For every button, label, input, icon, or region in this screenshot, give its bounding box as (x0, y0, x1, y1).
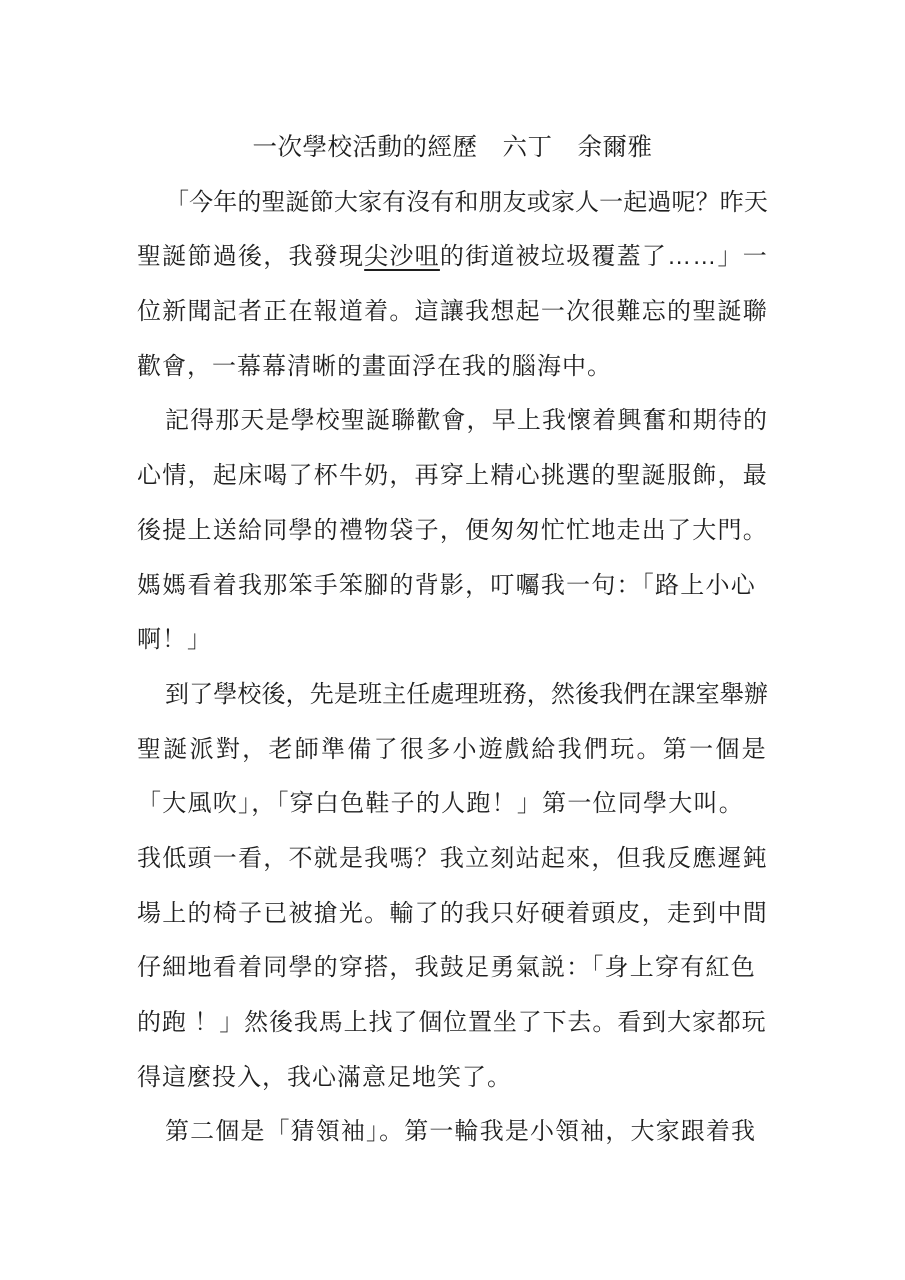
essay-line: 第二個是「猜領袖」。第一輪我是小領袖，大家跟着我 (137, 1105, 768, 1160)
underlined-place-name: 尖沙咀 (364, 243, 440, 270)
essay-line: 記得那天是學校聖誕聯歡會，早上我懷着興奮和期待的 (137, 394, 768, 449)
essay-text-run: 聖誕節過後，我發現 (137, 243, 364, 270)
essay-text-run: 我低頭一看，不就是我嗎？我立刻站起來，但我反應遲鈍 (137, 845, 768, 872)
essay-line: 媽媽看着我那笨手笨腳的背影，叮囑我一句：「路上小心 (137, 559, 768, 614)
essay-text-run: 到了學校後，先是班主任處理班務，然後我們在課室舉辦 (165, 681, 768, 708)
essay-text-run: 位新聞記者正在報道着。這讓我想起一次很難忘的聖誕聯 (137, 298, 768, 325)
essay-line: 位新聞記者正在報道着。這讓我想起一次很難忘的聖誕聯 (137, 285, 768, 340)
essay-body: 「今年的聖誕節大家有沒有和朋友或家人一起過呢？昨天聖誕節過後，我發現尖沙咀的街道… (137, 176, 768, 1160)
essay-text-run: 媽媽看着我那笨手笨腳的背影，叮囑我一句：「路上小心 (137, 572, 756, 599)
essay-text-run: 歡會，一幕幕清晰的畫面浮在我的腦海中。 (137, 353, 612, 380)
essay-text-run: 聖誕派對，老師準備了很多小遊戲給我們玩。第一個是 (137, 736, 768, 763)
essay-line: 我低頭一看，不就是我嗎？我立刻站起來，但我反應遲鈍 (137, 832, 768, 887)
essay-line: 「今年的聖誕節大家有沒有和朋友或家人一起過呢？昨天 (137, 176, 768, 231)
essay-line: 到了學校後，先是班主任處理班務，然後我們在課室舉辦 (137, 668, 768, 723)
essay-text-run: 心情，起床喝了杯牛奶，再穿上精心挑選的聖誕服飾，最 (137, 462, 768, 489)
essay-text-run: 第二個是「猜領袖」。第一輪我是小領袖，大家跟着我 (165, 1118, 756, 1145)
essay-line: 的跑 ！」然後我馬上找了個位置坐了下去。看到大家都玩 (137, 996, 768, 1051)
essay-text-run: 的跑 ！」然後我馬上找了個位置坐了下去。看到大家都玩 (137, 1009, 767, 1036)
essay-text-run: 「今年的聖誕節大家有沒有和朋友或家人一起過呢？昨天 (165, 189, 768, 216)
essay-line: 聖誕節過後，我發現尖沙咀的街道被垃圾覆蓋了……」一 (137, 230, 768, 285)
essay-line: 歡會，一幕幕清晰的畫面浮在我的腦海中。 (137, 340, 768, 395)
essay-text-run: 得這麼投入，我心滿意足地笑了。 (137, 1064, 512, 1091)
essay-line: 仔細地看着同學的穿搭，我鼓足勇氣説：「身上穿有紅色 (137, 941, 768, 996)
essay-line: 得這麼投入，我心滿意足地笑了。 (137, 1051, 768, 1106)
essay-line: 聖誕派對，老師準備了很多小遊戲給我們玩。第一個是 (137, 723, 768, 778)
essay-line: 「大風吹」，「穿白色鞋子的人跑！」第一位同學大叫。 (137, 777, 768, 832)
essay-text-run: 場上的椅子已被搶光。輸了的我只好硬着頭皮，走到中間 (137, 900, 768, 927)
document-page: 一次學校活動的經歷 六丁 余爾雅 「今年的聖誕節大家有沒有和朋友或家人一起過呢？… (0, 0, 905, 1280)
essay-text-run: 「大風吹」，「穿白色鞋子的人跑！」第一位同學大叫。 (137, 790, 744, 817)
essay-text-run: 的街道被垃圾覆蓋了……」一 (440, 243, 768, 270)
essay-text-run: 啊！」 (137, 626, 212, 653)
essay-line: 場上的椅子已被搶光。輸了的我只好硬着頭皮，走到中間 (137, 887, 768, 942)
essay-line: 後提上送給同學的禮物袋子，便匆匆忙忙地走出了大門。 (137, 504, 768, 559)
essay-line: 心情，起床喝了杯牛奶，再穿上精心挑選的聖誕服飾，最 (137, 449, 768, 504)
essay-text-run: 仔細地看着同學的穿搭，我鼓足勇氣説：「身上穿有紅色 (137, 954, 756, 981)
essay-text-run: 後提上送給同學的禮物袋子，便匆匆忙忙地走出了大門。 (137, 517, 768, 544)
essay-line: 啊！」 (137, 613, 768, 668)
essay-text-run: 記得那天是學校聖誕聯歡會，早上我懷着興奮和期待的 (165, 407, 768, 434)
essay-title: 一次學校活動的經歷 六丁 余爾雅 (137, 121, 768, 176)
